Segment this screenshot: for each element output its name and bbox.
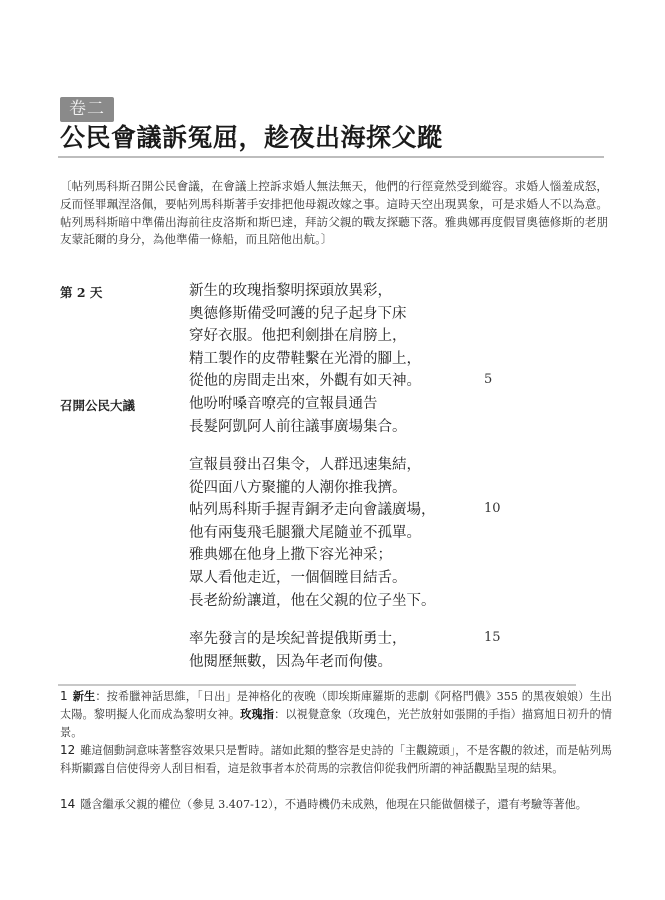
poem-stanza-3: 率先發言的是埃紀普提俄斯勇士， 他閱歷無數，因為年老而佝僂。 (189, 628, 449, 673)
poem-line-8: 宣報員發出召集令，人群迅速集結， (189, 454, 449, 477)
poem-line-14: 長老紛紛讓道，他在父親的位子坐下。 (189, 590, 449, 613)
poem-line-15: 率先發言的是埃紀普提俄斯勇士， (189, 628, 449, 651)
poem-line-13: 眾人看他走近，一個個瞠目結舌。 (189, 567, 449, 590)
footnote-text: 隱含繼承父親的權位（參見 3.407-12），不過時機仍未成熟，他現在只能做個樣… (80, 798, 587, 811)
footnote-divider (58, 684, 576, 686)
poem-line-11: 他有兩隻飛毛腿獵犬尾隨並不孤單。 (189, 522, 449, 545)
poem-line-6: 他吩咐嗓音嘹亮的宣報員通告 (189, 393, 449, 416)
line-number-5: 5 (484, 372, 492, 387)
poem-line-5: 從他的房間走出來，外觀有如天神。 (189, 370, 449, 393)
line-number-10: 10 (484, 501, 501, 516)
poem-line-1: 新生的玫瑰指黎明探頭放異彩， (189, 280, 449, 303)
title-divider (58, 156, 604, 158)
chapter-summary: 〔帖列馬科斯召開公民會議，在會議上控訴求婚人無法無天，他們的行徑竟然受到縱容。求… (60, 178, 608, 249)
poem-stanza-1: 新生的玫瑰指黎明探頭放異彩， 奧德修斯備受呵護的兒子起身下床 穿好衣服。他把利劍… (189, 280, 449, 438)
footnote-text: 雖這個動詞意味著整容效果只是暫時。諸如此類的整容是史詩的「主觀鏡頭」，不是客觀的… (60, 744, 612, 775)
poem-line-12: 雅典娜在他身上撒下容光神采； (189, 544, 449, 567)
poem-line-4: 精工製作的皮帶鞋繫在光滑的腳上， (189, 348, 449, 371)
poem-stanza-2: 宣報員發出召集令，人群迅速集結， 從四面八方聚攏的人潮你推我擠。 帖列馬科斯手握… (189, 454, 449, 612)
side-label-day: 第 2 天 (60, 283, 102, 301)
footnote-number: 1 (60, 689, 68, 703)
poem-line-2: 奧德修斯備受呵護的兒子起身下床 (189, 303, 449, 326)
poem-line-10: 帖列馬科斯手握青銅矛走向會議廣場， (189, 499, 449, 522)
footnote-number: 14 (60, 797, 75, 811)
poem-line-16: 他閱歷無數，因為年老而佝僂。 (189, 651, 449, 674)
side-label-assembly: 召開公民大議 (60, 396, 135, 414)
line-number-15: 15 (484, 630, 501, 645)
poem-line-9: 從四面八方聚攏的人潮你推我擠。 (189, 477, 449, 500)
footnote-keyword: 玫瑰指 (240, 707, 274, 721)
footnote-keyword: 新生 (73, 689, 96, 703)
footnote-number: 12 (60, 743, 75, 757)
poem-line-7: 長髮阿凱阿人前往議事廣場集合。 (189, 416, 449, 439)
poem-line-3: 穿好衣服。他把利劍掛在肩膀上， (189, 325, 449, 348)
chapter-title: 公民會議訴冤屈，趁夜出海探父蹤 (60, 122, 443, 154)
book-number-badge: 卷二 (60, 97, 114, 122)
footnote-12: 12雖這個動詞意味著整容效果只是暫時。諸如此類的整容是史詩的「主觀鏡頭」，不是客… (60, 742, 612, 778)
footnote-1: 1新生：按希臘神話思維，「日出」是神格化的夜晚（即埃斯庫羅斯的悲劇《阿格門儂》3… (60, 688, 612, 741)
footnote-14: 14隱含繼承父親的權位（參見 3.407-12），不過時機仍未成熟，他現在只能做… (60, 796, 612, 814)
